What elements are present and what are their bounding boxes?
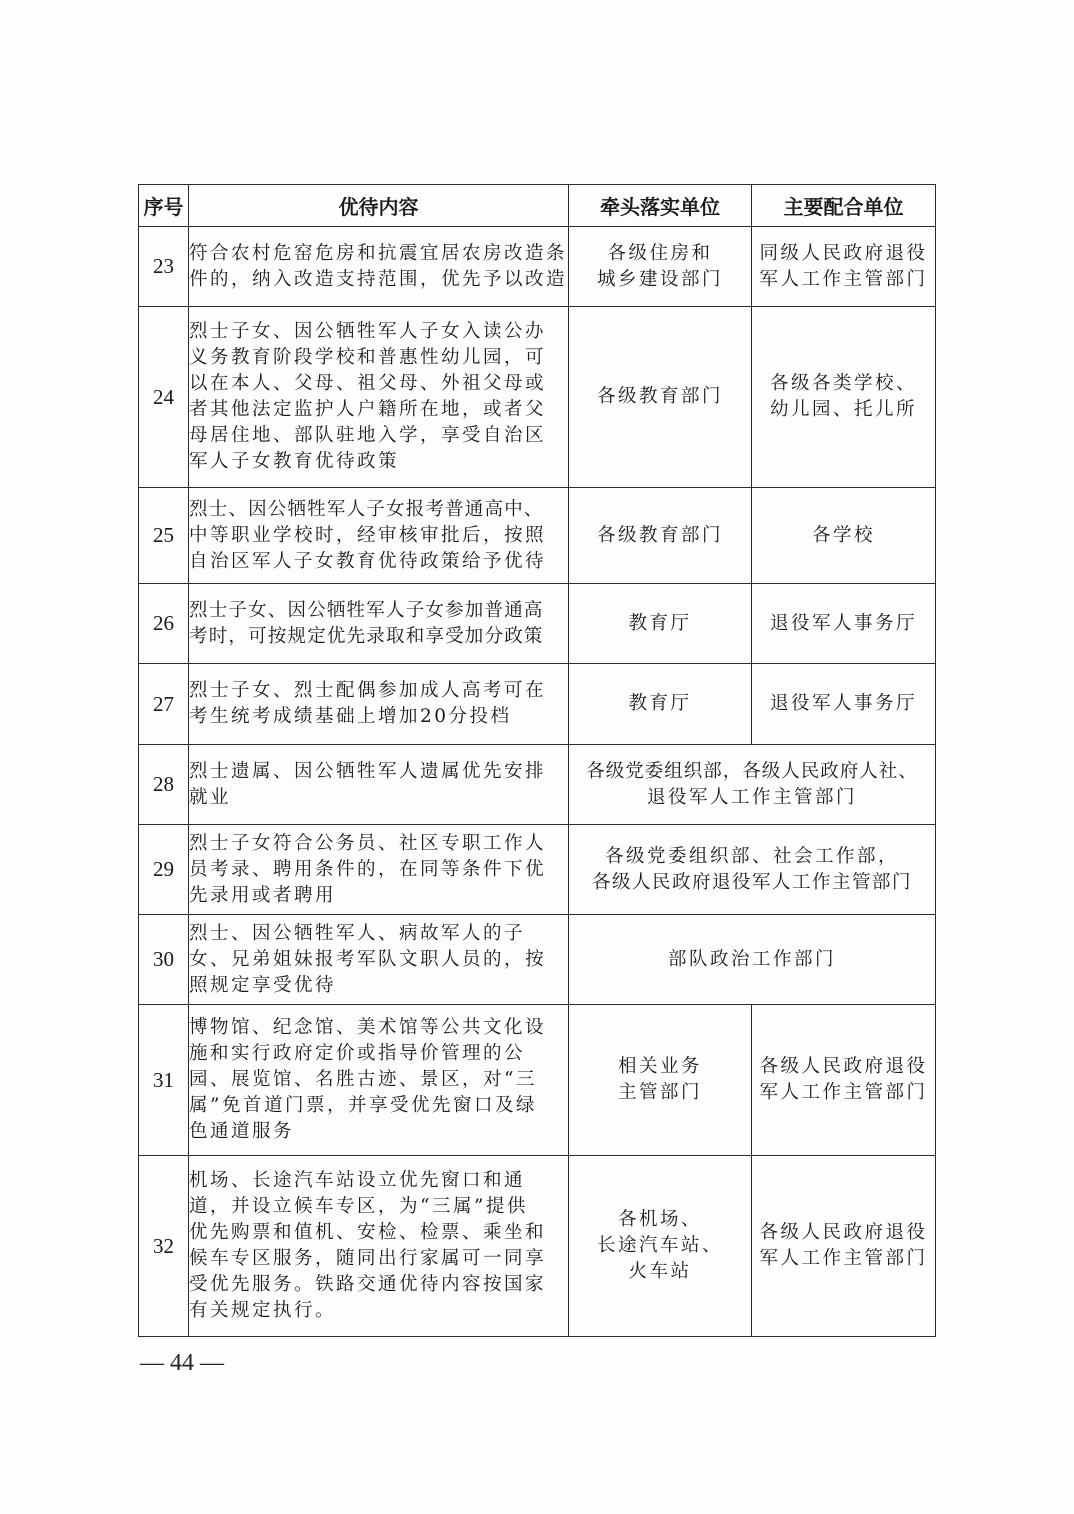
benefits-table: 序号 优待内容 牵头落实单位 主要配合单位 23 符合农村危窑危房和抗震宜居农房… <box>138 184 936 1337</box>
row-content: 烈士、因公牺牲军人、病故军人的子 女、兄弟姐妹报考军队文职人员的，按 照规定享受… <box>189 915 569 1005</box>
row-coop-unit: 各级人民政府退役 军人工作主管部门 <box>752 1156 936 1337</box>
row-content: 烈士、因公牺牲军人子女报考普通高中、 中等职业学校时，经审核审批后，按照 自治区… <box>189 488 569 584</box>
row-coop-unit: 退役军人事务厅 <box>752 664 936 745</box>
row-number: 26 <box>139 584 189 664</box>
row-content: 烈士子女、因公牺牲军人子女参加普通高 考时，可按规定优先录取和享受加分政策 <box>189 584 569 664</box>
row-number: 29 <box>139 825 189 915</box>
row-number: 32 <box>139 1156 189 1337</box>
table-row: 27 烈士子女、烈士配偶参加成人高考可在 考生统考成绩基础上增加20分投档 教育… <box>139 664 936 745</box>
document-page: 序号 优待内容 牵头落实单位 主要配合单位 23 符合农村危窑危房和抗震宜居农房… <box>0 0 1074 1514</box>
row-merged-units: 部队政治工作部门 <box>569 915 936 1005</box>
row-content: 机场、长途汽车站设立优先窗口和通 道，并设立候车专区，为“三属”提供 优先购票和… <box>189 1156 569 1337</box>
table-row: 23 符合农村危窑危房和抗震宜居农房改造条 件的，纳入改造支持范围，优先予以改造… <box>139 227 936 307</box>
table-row: 30 烈士、因公牺牲军人、病故军人的子 女、兄弟姐妹报考军队文职人员的，按 照规… <box>139 915 936 1005</box>
table-row: 25 烈士、因公牺牲军人子女报考普通高中、 中等职业学校时，经审核审批后，按照 … <box>139 488 936 584</box>
row-number: 24 <box>139 307 189 488</box>
row-merged-units: 各级党委组织部、社会工作部， 各级人民政府退役军人工作主管部门 <box>569 825 936 915</box>
row-content: 烈士子女、烈士配偶参加成人高考可在 考生统考成绩基础上增加20分投档 <box>189 664 569 745</box>
row-lead-unit: 各机场、 长途汽车站、 火车站 <box>569 1156 752 1337</box>
row-lead-unit: 各级教育部门 <box>569 307 752 488</box>
row-number: 25 <box>139 488 189 584</box>
row-number: 27 <box>139 664 189 745</box>
header-coop-unit: 主要配合单位 <box>752 185 936 227</box>
row-content: 烈士子女符合公务员、社区专职工作人 员考录、聘用条件的，在同等条件下优 先录用或… <box>189 825 569 915</box>
row-coop-unit: 退役军人事务厅 <box>752 584 936 664</box>
table-header-row: 序号 优待内容 牵头落实单位 主要配合单位 <box>139 185 936 227</box>
row-content: 烈士子女、因公牺牲军人子女入读公办 义务教育阶段学校和普惠性幼儿园，可 以在本人… <box>189 307 569 488</box>
row-number: 31 <box>139 1005 189 1156</box>
table-row: 31 博物馆、纪念馆、美术馆等公共文化设 施和实行政府定价或指导价管理的公 园、… <box>139 1005 936 1156</box>
page-number: — 44 — <box>140 1350 224 1377</box>
row-number: 28 <box>139 745 189 825</box>
row-lead-unit: 各级住房和 城乡建设部门 <box>569 227 752 307</box>
row-content: 博物馆、纪念馆、美术馆等公共文化设 施和实行政府定价或指导价管理的公 园、展览馆… <box>189 1005 569 1156</box>
row-content: 符合农村危窑危房和抗震宜居农房改造条 件的，纳入改造支持范围，优先予以改造 <box>189 227 569 307</box>
table-row: 28 烈士遗属、因公牺牲军人遗属优先安排 就业 各级党委组织部，各级人民政府人社… <box>139 745 936 825</box>
row-number: 30 <box>139 915 189 1005</box>
row-lead-unit: 教育厅 <box>569 584 752 664</box>
header-content: 优待内容 <box>189 185 569 227</box>
row-coop-unit: 各级各类学校、 幼儿园、托儿所 <box>752 307 936 488</box>
row-merged-units: 各级党委组织部，各级人民政府人社、 退役军人工作主管部门 <box>569 745 936 825</box>
table-row: 29 烈士子女符合公务员、社区专职工作人 员考录、聘用条件的，在同等条件下优 先… <box>139 825 936 915</box>
header-lead-unit: 牵头落实单位 <box>569 185 752 227</box>
table-row: 32 机场、长途汽车站设立优先窗口和通 道，并设立候车专区，为“三属”提供 优先… <box>139 1156 936 1337</box>
row-content: 烈士遗属、因公牺牲军人遗属优先安排 就业 <box>189 745 569 825</box>
row-coop-unit: 同级人民政府退役 军人工作主管部门 <box>752 227 936 307</box>
row-coop-unit: 各学校 <box>752 488 936 584</box>
header-number: 序号 <box>139 185 189 227</box>
row-coop-unit: 各级人民政府退役 军人工作主管部门 <box>752 1005 936 1156</box>
row-lead-unit: 各级教育部门 <box>569 488 752 584</box>
row-lead-unit: 教育厅 <box>569 664 752 745</box>
table-row: 24 烈士子女、因公牺牲军人子女入读公办 义务教育阶段学校和普惠性幼儿园，可 以… <box>139 307 936 488</box>
row-lead-unit: 相关业务 主管部门 <box>569 1005 752 1156</box>
row-number: 23 <box>139 227 189 307</box>
table-row: 26 烈士子女、因公牺牲军人子女参加普通高 考时，可按规定优先录取和享受加分政策… <box>139 584 936 664</box>
